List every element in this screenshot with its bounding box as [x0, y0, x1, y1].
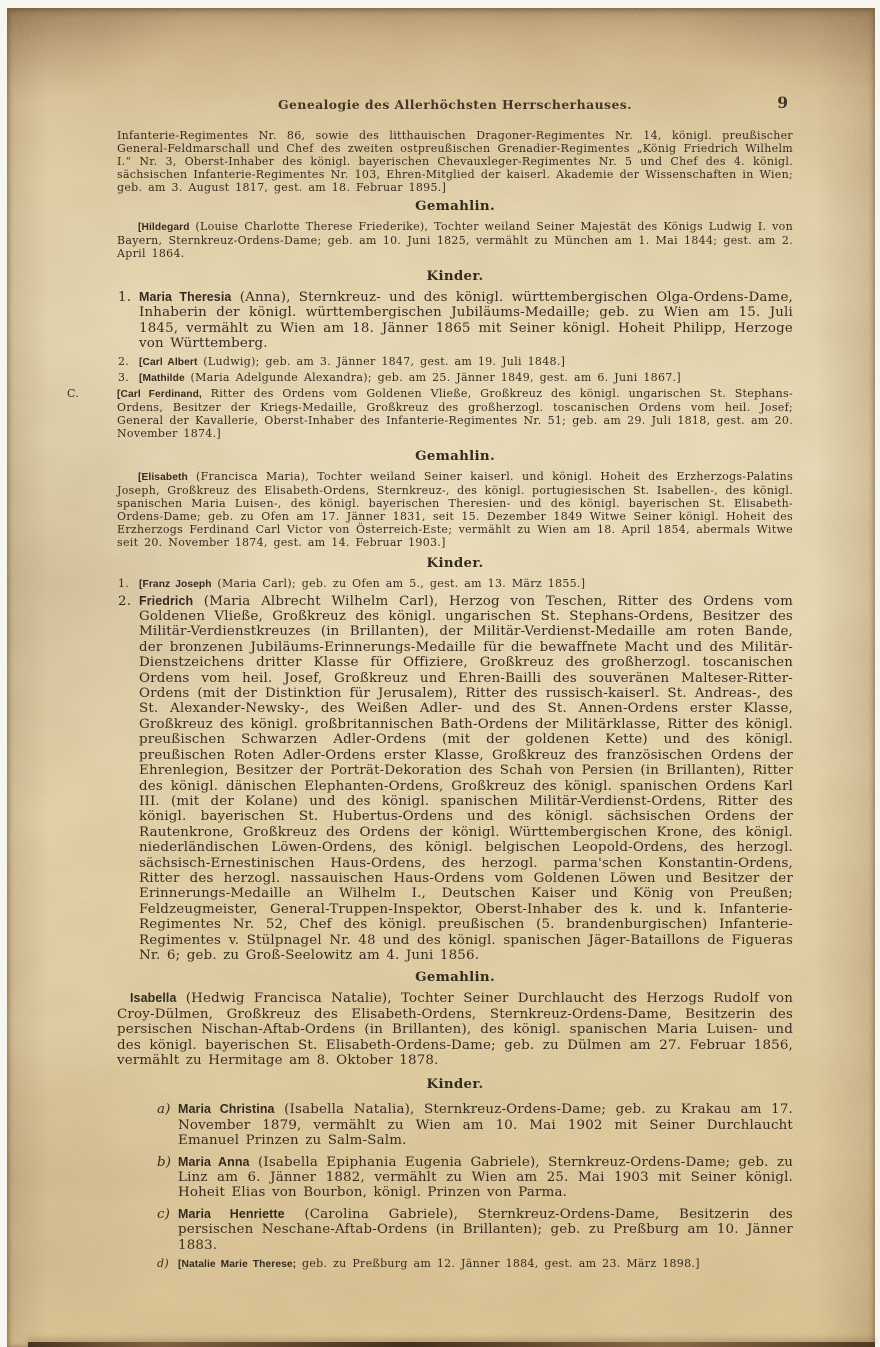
- person-name-mathilde: [Mathilde: [139, 373, 185, 384]
- list-item-friedrich: 2.Friedrich (Maria Albrecht Wilhelm Carl…: [117, 594, 793, 964]
- person-details-mathilde: (Maria Adelgunde Alexandra); geb. am 25.…: [191, 371, 681, 384]
- item-marker: C.: [67, 387, 79, 400]
- section-heading-gemahlin-3: Gemahlin.: [117, 969, 793, 985]
- paragraph-elisabeth: [Elisabeth (Francisca Maria), Tochter we…: [117, 470, 793, 549]
- person-name-isabella: Isabella: [130, 991, 177, 1005]
- list-item-maria-christina: a)Maria Christina (Isabella Natalia), St…: [117, 1102, 793, 1148]
- item-marker: c): [157, 1207, 170, 1222]
- person-details-isabella: (Hedwig Francisca Natalie), Tochter Sein…: [117, 991, 793, 1068]
- paragraph-hildegard: [Hildegard (Louise Charlotte Therese Fri…: [117, 220, 793, 260]
- item-marker: a): [157, 1102, 171, 1117]
- item-marker: 2.: [118, 355, 129, 368]
- list-item-maria-theresia: 1.Maria Theresia (Anna), Sternkreuz- und…: [117, 290, 793, 352]
- section-heading-kinder-2: Kinder.: [117, 555, 793, 571]
- person-details-carl-albert: (Ludwig); geb. am 3. Jänner 1847, gest. …: [203, 355, 565, 368]
- person-name-carl-albert: [Carl Albert: [139, 357, 197, 368]
- person-name-elisabeth: [Elisabeth: [138, 472, 188, 483]
- person-details-hildegard: (Louise Charlotte Therese Friederike), T…: [117, 220, 793, 260]
- person-details-franz-joseph: (Maria Carl); geb. zu Ofen am 5., gest. …: [217, 577, 585, 590]
- item-marker: d): [157, 1257, 169, 1270]
- person-details-maria-anna: (Isabella Epiphania Eugenia Gabriele), S…: [178, 1155, 793, 1201]
- item-marker: 3.: [118, 371, 129, 384]
- section-heading-gemahlin-1: Gemahlin.: [117, 198, 793, 214]
- section-heading-kinder-3: Kinder.: [117, 1076, 793, 1092]
- item-marker: 2.: [118, 594, 131, 609]
- list-item-carl-ferdinand: C.[Carl Ferdinand, Ritter des Ordens vom…: [117, 387, 793, 440]
- text-block: Infanterie-Regimentes Nr. 86, sowie des …: [117, 129, 793, 1271]
- paragraph-continuation: Infanterie-Regimentes Nr. 86, sowie des …: [117, 129, 793, 194]
- book-page-scan: Genealogie des Allerhöchsten Herrscherha…: [0, 0, 880, 1347]
- person-details-elisabeth: (Francisca Maria), Tochter weiland Seine…: [117, 470, 793, 549]
- list-item-maria-anna: b)Maria Anna (Isabella Epiphania Eugenia…: [117, 1155, 793, 1201]
- item-marker: b): [157, 1155, 171, 1170]
- list-item-mathilde: 3.[Mathilde (Maria Adelgunde Alexandra);…: [117, 371, 793, 385]
- person-name-hildegard: [Hildegard: [138, 222, 190, 233]
- page-number: 9: [777, 93, 788, 112]
- person-details-friedrich: (Maria Albrecht Wilhelm Carl), Herzog vo…: [139, 594, 793, 963]
- list-item-natalie-marie-therese: d)[Natalie Marie Therese; geb. zu Preßbu…: [117, 1257, 793, 1271]
- paragraph-isabella: Isabella (Hedwig Francisca Natalie), Toc…: [117, 991, 793, 1068]
- running-title: Genealogie des Allerhöchsten Herrscherha…: [117, 97, 793, 112]
- list-item-maria-henriette: c)Maria Henriette (Carolina Gabriele), S…: [117, 1207, 793, 1253]
- list-item-carl-albert: 2.[Carl Albert (Ludwig); geb. am 3. Jänn…: [117, 355, 793, 369]
- person-name-maria-henriette: Maria Henriette: [178, 1207, 285, 1221]
- section-heading-kinder-1: Kinder.: [117, 268, 793, 284]
- item-marker: 1.: [118, 290, 131, 305]
- person-name-franz-joseph: [Franz Joseph: [139, 579, 212, 590]
- person-name-natalie-marie-therese: [Natalie Marie Therese;: [178, 1259, 296, 1270]
- person-details-carl-ferdinand: Ritter des Ordens vom Goldenen Vließe, G…: [117, 387, 793, 440]
- person-name-maria-anna: Maria Anna: [178, 1155, 250, 1169]
- item-marker: 1.: [118, 577, 129, 590]
- list-item-franz-joseph: 1.[Franz Joseph (Maria Carl); geb. zu Of…: [117, 577, 793, 591]
- person-details-maria-theresia: (Anna), Sternkreuz- und des königl. würt…: [139, 290, 793, 351]
- person-name-friedrich: Friedrich: [139, 594, 193, 608]
- section-heading-gemahlin-2: Gemahlin.: [117, 448, 793, 464]
- person-name-carl-ferdinand: [Carl Ferdinand,: [117, 389, 202, 400]
- person-details-natalie-marie-therese: geb. zu Preßburg am 12. Jänner 1884, ges…: [302, 1257, 700, 1270]
- page-bottom-edge-shadow: [28, 1342, 875, 1347]
- person-name-maria-theresia: Maria Theresia: [139, 290, 231, 304]
- person-name-maria-christina: Maria Christina: [178, 1102, 275, 1116]
